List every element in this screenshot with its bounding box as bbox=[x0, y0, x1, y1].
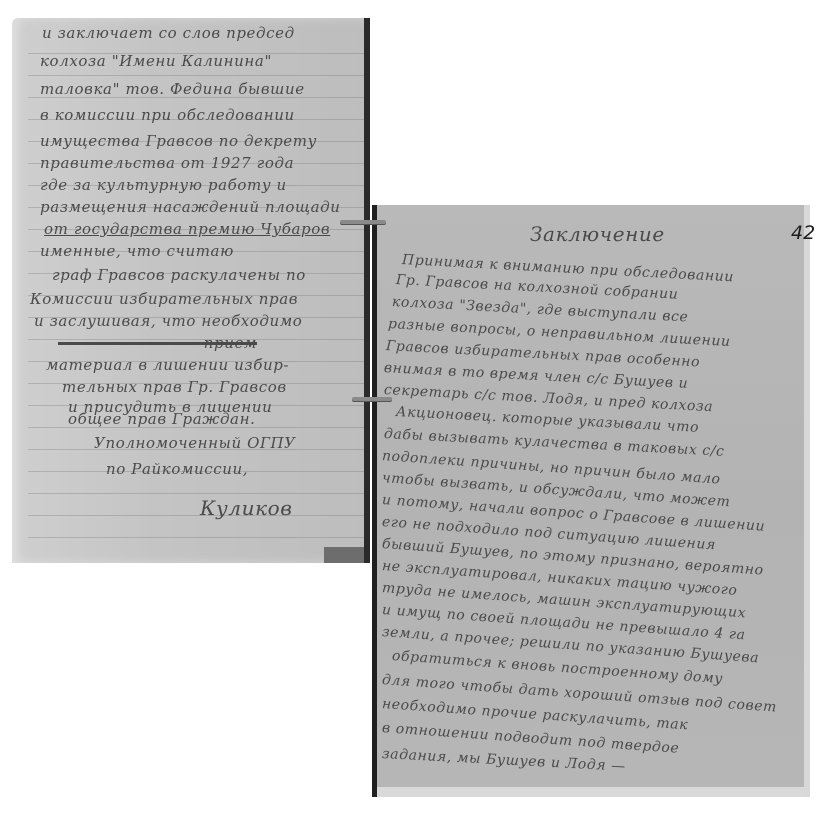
handwritten-line: именные, что считаю bbox=[40, 242, 234, 260]
handwritten-line: таловка" тов. Федина бывшие bbox=[40, 80, 305, 98]
document-title: Заключение bbox=[530, 222, 665, 246]
handwritten-line: и заключает со слов председ bbox=[42, 24, 295, 42]
binding-thread-top bbox=[340, 220, 386, 224]
handwritten-line: общее прав Граждан. bbox=[68, 410, 255, 428]
binding-spine bbox=[364, 18, 370, 563]
closing-line: Уполномоченный ОГПУ bbox=[94, 434, 296, 452]
handwritten-line: Комиссии избирательных прав bbox=[30, 290, 298, 308]
page-corner-shadow bbox=[324, 547, 364, 563]
handwritten-line: от государства премию Чубаров bbox=[44, 220, 330, 238]
signature: Куликов bbox=[200, 496, 293, 520]
struck-out-line: ————————— прием bbox=[58, 334, 257, 352]
handwritten-line: размещения насаждений площади bbox=[40, 198, 341, 216]
handwritten-line: имущества Гравсов по декрету bbox=[40, 132, 317, 150]
handwritten-line: правительства от 1927 года bbox=[40, 154, 294, 172]
handwritten-line: материал в лишении избир- bbox=[46, 356, 289, 374]
handwritten-line: колхоза "Имени Калинина" bbox=[40, 52, 272, 70]
page-edge bbox=[804, 205, 810, 797]
handwritten-line: и заслушивая, что необходимо bbox=[34, 312, 302, 330]
handwritten-line: где за культурную работу и bbox=[40, 176, 287, 194]
page-number: 42 bbox=[791, 222, 815, 244]
handwritten-line: граф Гравсов раскулачены по bbox=[52, 266, 306, 284]
closing-line: по Райкомиссии, bbox=[106, 460, 248, 478]
handwritten-line: в комиссии при обследовании bbox=[40, 106, 295, 124]
page-bottom-edge bbox=[377, 787, 804, 797]
handwritten-line: тельных прав Гр. Гравсов bbox=[62, 378, 287, 396]
